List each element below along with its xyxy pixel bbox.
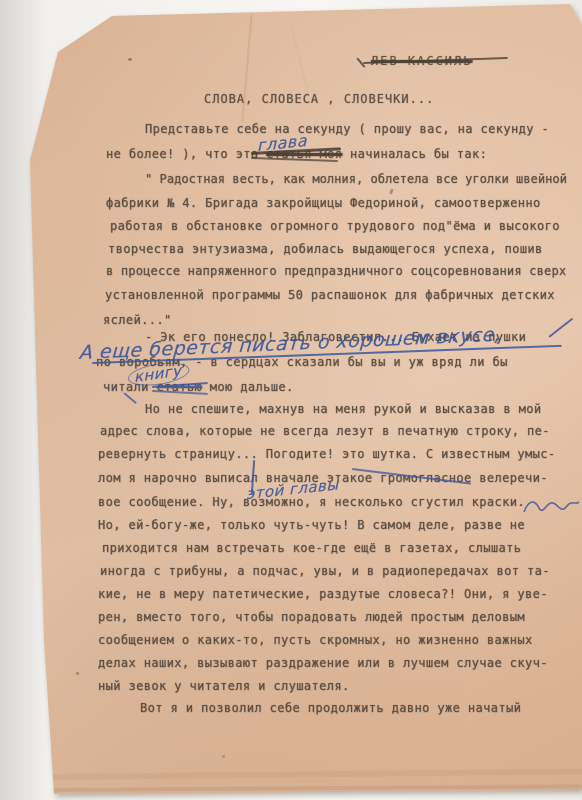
typed-text: в процессе напряженного предпраздничного…: [106, 264, 566, 278]
bottom-sheet-edge-2: [46, 784, 582, 792]
typed-text: делах наших, вызывают раздражение или в …: [98, 656, 548, 670]
typed-line: фабрики № 4. Бригада закройщицы Федорино…: [106, 196, 541, 210]
typed-line: вое сообщение. Ну, возможно, я несколько…: [98, 495, 525, 509]
typed-line: Но, ей-богу-же, только чуть-чуть! В само…: [98, 518, 525, 532]
typed-line: рен, вместо того, чтобы порадовать людей…: [98, 610, 525, 624]
typed-line: установленной программы 50 распашонок дл…: [105, 288, 555, 302]
typed-line: в процессе напряженного предпраздничного…: [106, 264, 566, 278]
marginal-ink-scribble: [522, 494, 580, 520]
typed-text: приходится нам встречать кое-где ещё в г…: [102, 541, 521, 555]
speck-3: [76, 672, 79, 675]
typed-line: творчества энтузиазма, добилась выдающег…: [108, 242, 543, 256]
speck-4: [222, 755, 225, 758]
typed-text: ный зевок у читателя и слушателя.: [98, 679, 350, 693]
typed-text: Но не спешите, махнув на меня рукой и вы…: [145, 402, 541, 416]
typed-line: Вот я и позволил себе продолжить давно у…: [140, 701, 521, 715]
typed-text: фабрики № 4. Бригада закройщицы Федорино…: [106, 196, 541, 210]
scanned-document-screenshot: ЛЕВ КАССИЛЬ СЛОВА, СЛОВЕСА , СЛОВЕЧКИ...…: [0, 0, 582, 800]
typed-line: иногда с трибуны, а подчас, увы, и в рад…: [100, 564, 550, 578]
typed-text: яслей...": [103, 313, 172, 327]
top-crease-2: [292, 29, 310, 97]
typed-text: мою дальше.: [202, 380, 294, 394]
typed-line: Но не спешите, махнув на меня рукой и вы…: [145, 402, 541, 416]
typed-text: Но, ей-богу-же, только чуть-чуть! В само…: [98, 518, 525, 532]
typed-text: работая в обстановке огромного трудового…: [110, 219, 560, 233]
typed-line: делах наших, вызывают раздражение или в …: [98, 656, 548, 670]
typed-line: адрес слова, которые не всегда лезут в п…: [100, 424, 550, 438]
typed-line: " Радостная весть, как молния, облетела …: [145, 172, 567, 186]
typed-text: ревернуть страницу... Погодите! это шутк…: [98, 447, 555, 461]
typed-text: кие, не в меру патетические, раздутые сл…: [98, 587, 548, 601]
speck-2: [389, 188, 394, 195]
bottom-sheet-edge-1: [50, 768, 582, 780]
typed-text: не более! ), что эта: [106, 147, 266, 161]
paper-shadow-wrap: ЛЕВ КАССИЛЬ СЛОВА, СЛОВЕСА , СЛОВЕЧКИ...…: [0, 0, 582, 800]
typed-text: Представьте себе на секунду ( прошу вас,…: [145, 122, 549, 136]
typed-text: начиналась бы так:: [342, 147, 487, 161]
typed-text: адрес слова, которые не всегда лезут в п…: [100, 424, 550, 438]
speck-1: [128, 58, 132, 61]
typed-text: вое сообщение. Ну, возможно, я несколько…: [98, 495, 525, 509]
typed-line: Представьте себе на секунду ( прошу вас,…: [145, 122, 549, 136]
paper-sheet: ЛЕВ КАССИЛЬ СЛОВА, СЛОВЕСА , СЛОВЕЧКИ...…: [0, 0, 582, 800]
typed-text: сообщением о каких-то, пусть скромных, н…: [98, 633, 533, 647]
typed-line: сообщением о каких-то, пусть скромных, н…: [98, 633, 533, 647]
typed-line: кие, не в меру патетические, раздутые сл…: [98, 587, 548, 601]
typed-line: ный зевок у читателя и слушателя.: [98, 679, 350, 693]
typed-text: Вот я и позволил себе продолжить давно у…: [140, 701, 521, 715]
typed-text: установленной программы 50 распашонок дл…: [105, 288, 555, 302]
blue-flick-end: [548, 318, 573, 338]
typed-line: яслей...": [103, 313, 172, 327]
typed-text: иногда с трибуны, а подчас, увы, и в рад…: [100, 564, 550, 578]
document-title: СЛОВА, СЛОВЕСА , СЛОВЕЧКИ...: [204, 92, 434, 106]
typed-line: ревернуть страницу... Погодите! это шутк…: [98, 447, 555, 461]
typed-text: творчества энтузиазма, добилась выдающег…: [108, 242, 543, 256]
typed-text: рен, вместо того, чтобы порадовать людей…: [98, 610, 525, 624]
typed-line: приходится нам встречать кое-где ещё в г…: [102, 541, 521, 555]
knigu-tail: [123, 392, 137, 404]
typed-line: работая в обстановке огромного трудового…: [110, 219, 560, 233]
typed-text: " Радостная весть, как молния, облетела …: [145, 172, 567, 186]
